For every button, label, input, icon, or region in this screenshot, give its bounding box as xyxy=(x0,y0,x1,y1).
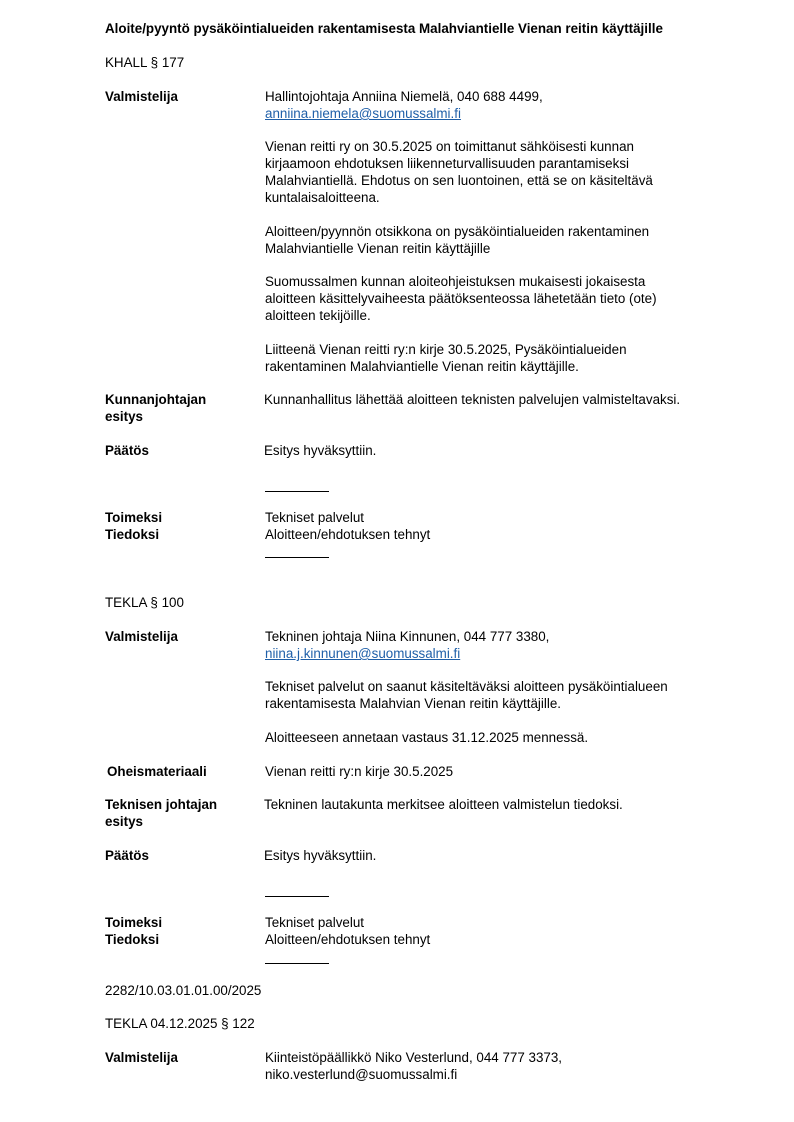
text-line: Aloitteeseen annetaan vastaus 31.12.2025… xyxy=(265,729,588,746)
tekla1-paragraph: Tekniset palvelut on saanut käsiteltäväk… xyxy=(265,678,668,712)
tekla1-esitys-text: Tekninen lautakunta merkitsee aloitteen … xyxy=(264,796,623,813)
document-page: Aloite/pyyntö pysäköintialueiden rakenta… xyxy=(0,0,794,1122)
tekla1-tiedoksi-value: Aloitteen/ehdotuksen tehnyt xyxy=(265,931,430,948)
tekla1-paatos-text: Esitys hyväksyttiin. xyxy=(264,847,376,864)
tekla1-oheismateriaali-value: Vienan reitti ry:n kirje 30.5.2025 xyxy=(265,763,453,780)
tekla1-valmistelija-label: Valmistelija xyxy=(105,628,178,645)
text-line: Malahviantiellä. Ehdotus on sen luontoin… xyxy=(265,172,653,189)
khall-valmistelija-text: Hallintojohtaja Anniina Niemelä, 040 688… xyxy=(265,88,543,105)
tekla1-valmistelija-text: Tekninen johtaja Niina Kinnunen, 044 777… xyxy=(265,628,549,645)
khall-paatos-text: Esitys hyväksyttiin. xyxy=(264,442,376,459)
tekla1-heading: TEKLA § 100 xyxy=(105,594,184,611)
text-line: kirjaamoon ehdotuksen liikenneturvallisu… xyxy=(265,155,653,172)
text-line: rakentamisesta Malahvian Vienan reitin k… xyxy=(265,695,668,712)
khall-esitys-label: Kunnanjohtajan xyxy=(105,391,206,408)
text-line: Vienan reitti ry on 30.5.2025 on toimitt… xyxy=(265,138,653,155)
khall-esitys-label-2: esitys xyxy=(105,408,143,425)
khall-toimeksi-label: Toimeksi xyxy=(105,509,162,526)
text-line: Aloitteen/pyynnön otsikkona on pysäköint… xyxy=(265,223,649,240)
tekla1-toimeksi-label: Toimeksi xyxy=(105,914,162,931)
khall-tiedoksi-value: Aloitteen/ehdotuksen tehnyt xyxy=(265,526,430,543)
khall-paragraph: Aloitteen/pyynnön otsikkona on pysäköint… xyxy=(265,223,649,257)
khall-tiedoksi-label: Tiedoksi xyxy=(105,526,159,543)
khall-paragraph: Liitteenä Vienan reitti ry:n kirje 30.5.… xyxy=(265,341,627,375)
divider-line xyxy=(265,491,329,492)
divider-line xyxy=(265,557,329,558)
khall-paragraph: Vienan reitti ry on 30.5.2025 on toimitt… xyxy=(265,138,653,206)
khall-toimeksi-value: Tekniset palvelut xyxy=(265,509,364,526)
text-line: rakentaminen Malahviantielle Vienan reit… xyxy=(265,358,627,375)
tekla2-valmistelija-email: niko.vesterlund@suomussalmi.fi xyxy=(265,1066,457,1083)
text-line: Suomussalmen kunnan aloiteohjeistuksen m… xyxy=(265,273,657,290)
tekla1-paragraph: Aloitteeseen annetaan vastaus 31.12.2025… xyxy=(265,729,588,746)
khall-heading: KHALL § 177 xyxy=(105,54,184,71)
tekla1-oheismateriaali-label: Oheismateriaali xyxy=(107,763,207,780)
text-line: Liitteenä Vienan reitti ry:n kirje 30.5.… xyxy=(265,341,627,358)
divider-line xyxy=(265,963,329,964)
tekla2-heading: TEKLA 04.12.2025 § 122 xyxy=(105,1015,255,1032)
khall-valmistelija-email-link[interactable]: anniina.niemela@suomussalmi.fi xyxy=(265,105,461,122)
tekla1-esitys-label-2: esitys xyxy=(105,813,143,830)
text-line: aloitteen käsittelyvaiheesta päätöksente… xyxy=(265,290,657,307)
tekla1-esitys-label: Teknisen johtajan xyxy=(105,796,217,813)
tekla2-valmistelija-label: Valmistelija xyxy=(105,1049,178,1066)
text-line: aloitteen tekijöille. xyxy=(265,307,657,324)
tekla1-paatos-label: Päätös xyxy=(105,847,149,864)
khall-esitys-text: Kunnanhallitus lähettää aloitteen teknis… xyxy=(264,391,680,408)
khall-paatos-label: Päätös xyxy=(105,442,149,459)
text-line: Tekniset palvelut on saanut käsiteltäväk… xyxy=(265,678,668,695)
tekla1-valmistelija-email-link[interactable]: niina.j.kinnunen@suomussalmi.fi xyxy=(265,645,460,662)
text-line: kuntalaisaloitteena. xyxy=(265,189,653,206)
document-title: Aloite/pyyntö pysäköintialueiden rakenta… xyxy=(105,20,663,37)
tekla1-tiedoksi-label: Tiedoksi xyxy=(105,931,159,948)
text-line: Malahviantielle Vienan reitin käyttäjill… xyxy=(265,240,649,257)
tekla1-toimeksi-value: Tekniset palvelut xyxy=(265,914,364,931)
diary-number: 2282/10.03.01.01.00/2025 xyxy=(105,982,261,999)
khall-valmistelija-label: Valmistelija xyxy=(105,88,178,105)
divider-line xyxy=(265,896,329,897)
khall-paragraph: Suomussalmen kunnan aloiteohjeistuksen m… xyxy=(265,273,657,324)
tekla2-valmistelija-text: Kiinteistöpäällikkö Niko Vesterlund, 044… xyxy=(265,1049,562,1066)
